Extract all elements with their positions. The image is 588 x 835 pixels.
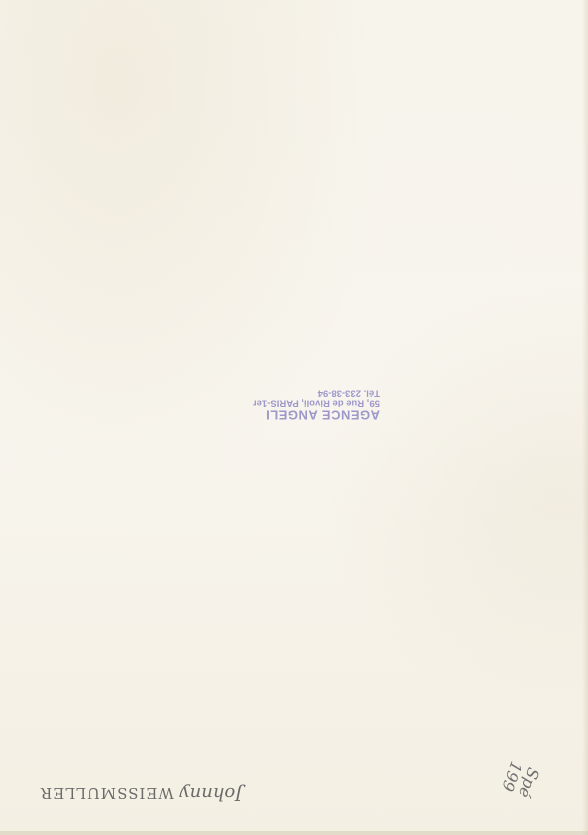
handwritten-name: Johnny WEISSMULLER xyxy=(40,783,242,804)
handwritten-last-name: WEISSMULLER xyxy=(40,784,174,802)
paper-edge-shadow xyxy=(582,0,588,835)
stamp-phone: Tél. 233-38-94 xyxy=(240,388,380,398)
paper-bottom-edge xyxy=(0,831,588,835)
stamp-address: 59, Rue de Rivoli, PARIS-1er xyxy=(240,398,380,408)
handwritten-first-name: Johnny xyxy=(179,783,242,804)
stamp-agency-name: AGENCE ANGELI xyxy=(240,408,380,422)
agency-stamp: AGENCE ANGELI 59, Rue de Rivoli, PARIS-1… xyxy=(240,388,380,422)
